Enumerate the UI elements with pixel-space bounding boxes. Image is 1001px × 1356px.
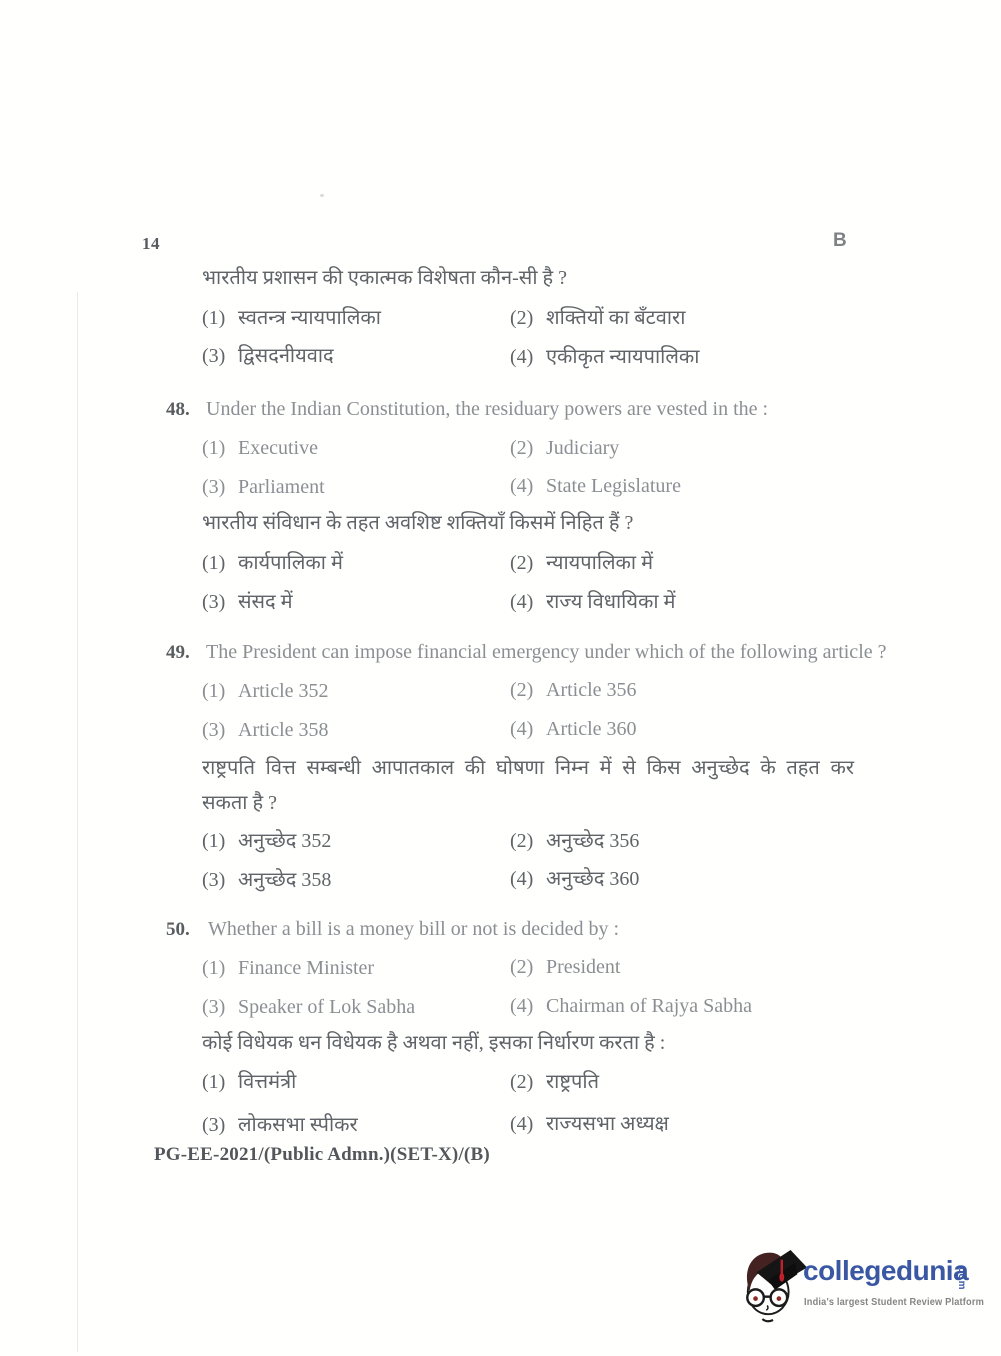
option-cell: (4)Chairman of Rajya Sabha — [510, 994, 752, 1019]
option-number: (2) — [510, 436, 546, 461]
option-text: राज्यसभा अध्यक्ष — [546, 1113, 669, 1135]
collegedunia-wordmark: collegedunia — [803, 1256, 968, 1287]
option-text: Article 352 — [238, 680, 329, 702]
option-number: (4) — [510, 867, 546, 892]
option-text: Chairman of Rajya Sabha — [546, 995, 752, 1017]
option-cell: (2)शक्तियों का बँटवारा — [510, 306, 685, 331]
option-cell: (3)द्विसदनीयवाद — [202, 344, 334, 369]
option-cell: (3)Article 358 — [202, 718, 329, 743]
option-number: (2) — [510, 955, 546, 980]
scan-left-edge — [77, 292, 78, 1352]
collegedunia-mascot-icon — [740, 1246, 810, 1324]
option-text: अनुच्छेद 360 — [546, 868, 639, 890]
option-number: (1) — [202, 551, 238, 576]
option-number: (4) — [510, 345, 546, 370]
option-number: (1) — [202, 829, 238, 854]
option-cell: (1)Executive — [202, 436, 318, 461]
option-number: (3) — [202, 718, 238, 743]
question-text-hi: भारतीय प्रशासन की एकात्मक विशेषता कौन-सी… — [202, 266, 567, 291]
option-number: (4) — [510, 717, 546, 742]
option-number: (3) — [202, 344, 238, 369]
footer-paper-code: PG-EE-2021/(Public Admn.)(SET-X)/(B) — [154, 1143, 490, 1167]
option-text: स्वतन्त्र न्यायपालिका — [238, 307, 381, 329]
option-text: वित्तमंत्री — [238, 1071, 296, 1093]
option-number: (2) — [510, 1070, 546, 1095]
option-text: राष्ट्रपति — [546, 1071, 599, 1093]
option-text: अनुच्छेद 356 — [546, 830, 639, 852]
option-text: Article 360 — [546, 718, 637, 740]
option-text: Parliament — [238, 476, 325, 498]
option-number: (4) — [510, 474, 546, 499]
option-cell: (1)कार्यपालिका में — [202, 551, 343, 576]
option-number: (4) — [510, 1112, 546, 1137]
set-code: B — [833, 229, 847, 253]
question-text-en: The President can impose financial emerg… — [206, 640, 887, 665]
option-text: संसद में — [238, 591, 293, 613]
question-text-en: Whether a bill is a money bill or not is… — [208, 917, 619, 942]
option-cell: (3)संसद में — [202, 590, 293, 615]
option-cell: (1)स्वतन्त्र न्यायपालिका — [202, 306, 381, 331]
collegedunia-tagline: India's largest Student Review Platform — [804, 1296, 984, 1308]
collegedunia-tld: com — [956, 1267, 967, 1291]
option-cell: (1)Article 352 — [202, 679, 329, 704]
option-number: (1) — [202, 679, 238, 704]
option-cell: (4)अनुच्छेद 360 — [510, 867, 639, 892]
option-text: Article 358 — [238, 719, 329, 741]
option-cell: (1)अनुच्छेद 352 — [202, 829, 331, 854]
option-number: (2) — [510, 678, 546, 703]
option-number: (2) — [510, 306, 546, 331]
option-number: (4) — [510, 994, 546, 1019]
scan-speck — [320, 194, 324, 197]
option-cell: (2)राष्ट्रपति — [510, 1070, 599, 1095]
option-cell: (4)Article 360 — [510, 717, 637, 742]
option-number: (1) — [202, 306, 238, 331]
scanned-exam-page: 14 B भारतीय प्रशासन की एकात्मक विशेषता क… — [0, 0, 1001, 1356]
option-text: Executive — [238, 437, 318, 459]
option-number: (2) — [510, 551, 546, 576]
option-cell: (1)Finance Minister — [202, 956, 374, 981]
option-cell: (4)राज्यसभा अध्यक्ष — [510, 1112, 669, 1137]
option-number: (3) — [202, 475, 238, 500]
option-text: न्यायपालिका में — [546, 552, 653, 574]
question-text-en: Under the Indian Constitution, the resid… — [206, 397, 768, 422]
option-cell: (4)राज्य विधायिका में — [510, 590, 675, 615]
option-cell: (1)वित्तमंत्री — [202, 1070, 296, 1095]
option-cell: (2)Judiciary — [510, 436, 619, 461]
question-text-hi-line2: सकता है ? — [202, 791, 277, 816]
option-number: (1) — [202, 1070, 238, 1095]
option-number: (3) — [202, 868, 238, 893]
option-text: Article 356 — [546, 679, 637, 701]
option-text: Speaker of Lok Sabha — [238, 996, 415, 1018]
option-number: (3) — [202, 1113, 238, 1138]
option-cell: (3)लोकसभा स्पीकर — [202, 1113, 358, 1138]
option-cell: (3)अनुच्छेद 358 — [202, 868, 331, 893]
option-text: एकीकृत न्यायपालिका — [546, 346, 699, 368]
option-cell: (3)Parliament — [202, 475, 325, 500]
option-cell: (4)एकीकृत न्यायपालिका — [510, 345, 699, 370]
option-number: (2) — [510, 829, 546, 854]
option-number: (1) — [202, 436, 238, 461]
option-text: राज्य विधायिका में — [546, 591, 675, 613]
question-text-hi-line1: राष्ट्रपति वित्त सम्बन्धी आपातकाल की घोष… — [202, 756, 854, 781]
collegedunia-logo: collegedunia com India's largest Student… — [740, 1244, 1000, 1336]
option-text: अनुच्छेद 358 — [238, 869, 331, 891]
option-text: लोकसभा स्पीकर — [238, 1114, 358, 1136]
question-number: 49. — [166, 641, 190, 665]
option-cell: (2)Article 356 — [510, 678, 637, 703]
option-cell: (2)न्यायपालिका में — [510, 551, 653, 576]
option-text: State Legislature — [546, 475, 681, 497]
option-text: कार्यपालिका में — [238, 552, 343, 574]
question-text-hi: भारतीय संविधान के तहत अवशिष्ट शक्तियाँ क… — [202, 511, 633, 536]
option-cell: (2)अनुच्छेद 356 — [510, 829, 639, 854]
option-text: Finance Minister — [238, 957, 374, 979]
option-number: (3) — [202, 995, 238, 1020]
option-text: Judiciary — [546, 437, 619, 459]
option-number: (4) — [510, 590, 546, 615]
option-cell: (3)Speaker of Lok Sabha — [202, 995, 415, 1020]
option-number: (3) — [202, 590, 238, 615]
option-text: अनुच्छेद 352 — [238, 830, 331, 852]
option-number: (1) — [202, 956, 238, 981]
option-text: President — [546, 956, 620, 978]
option-cell: (4)State Legislature — [510, 474, 681, 499]
question-number: 50. — [166, 918, 190, 942]
option-text: शक्तियों का बँटवारा — [546, 307, 685, 329]
question-text-hi: कोई विधेयक धन विधेयक है अथवा नहीं, इसका … — [202, 1031, 665, 1056]
option-text: द्विसदनीयवाद — [238, 345, 334, 367]
page-number: 14 — [142, 233, 160, 254]
option-cell: (2)President — [510, 955, 620, 980]
question-number: 48. — [166, 398, 190, 422]
